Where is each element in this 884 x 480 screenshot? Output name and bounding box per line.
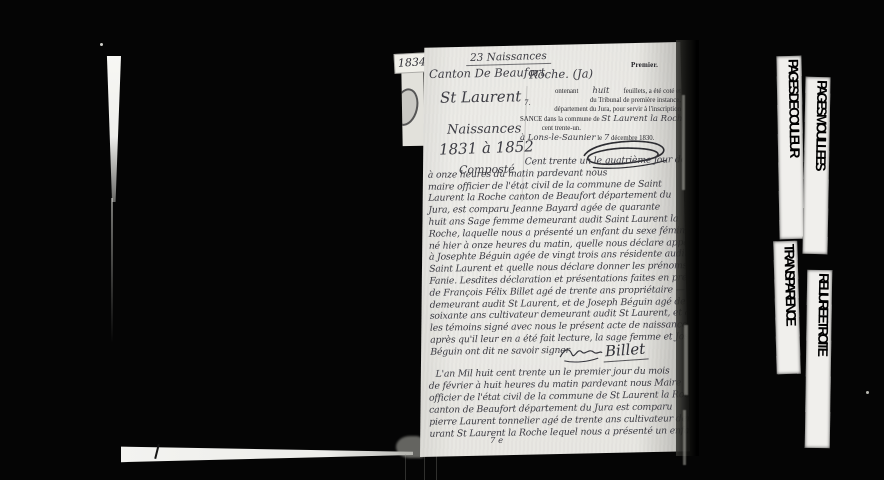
record-type: Naissances (447, 121, 522, 137)
film-scratch-top-left (105, 56, 121, 202)
label-pages-de-couleur: PAGES DE COULEUR (776, 56, 804, 239)
label-text: RELIURE ETROITE (815, 273, 832, 354)
label-text: TRANSPARENCE (781, 244, 799, 324)
label-reliure-etroite: RELIURE ETROITE (805, 270, 832, 448)
commune-title: St Laurent (440, 87, 522, 106)
film-speck (866, 391, 869, 394)
series-title: 23 Naissances (466, 50, 551, 66)
label-text: PAGES DE COULEUR (785, 59, 803, 156)
visa-text: ontenanthuitfeuillets, a été coté etdu T… (520, 86, 681, 143)
page-edge-strip (401, 70, 424, 146)
film-speck (100, 43, 103, 46)
canton-line: Canton De Beaufort (429, 65, 545, 81)
film-faint-line (436, 454, 437, 480)
birth-act-1-text: Cent trente un le quatrième jour deà onz… (428, 154, 685, 358)
signature-flourish (577, 134, 675, 175)
cover-sheet-edge (521, 86, 527, 202)
page-year-label: 1834 (398, 55, 427, 69)
document-page: 23 Naissances Canton De Beaufort Roche. … (420, 42, 690, 457)
microfilm-frame: 1834 23 Naissances Canton De Beaufort Ro… (0, 0, 884, 480)
film-blur-patch (396, 436, 424, 458)
film-tape-bottom-left (121, 443, 413, 463)
archive-stamp (401, 86, 422, 128)
witness-signature-scribble (558, 343, 605, 365)
canton-suffix: Roche. (Ja) (529, 66, 593, 81)
year-range: 1831 à 1852 (439, 137, 534, 158)
label-transparence: TRANSPARENCE (773, 241, 800, 375)
binding-gutter-shadow (676, 40, 699, 456)
birth-act-2-text: L'an Mil huit cent trente un le premier … (429, 365, 688, 441)
signature-billet: Billet (602, 339, 649, 362)
label-pages-mouillees: PAGES MOUILLEES (802, 77, 830, 254)
act-number: 7 e (490, 436, 503, 446)
film-faint-line (405, 454, 406, 480)
header-note: Composté (459, 163, 515, 177)
film-faint-line (424, 454, 425, 480)
folio-label: Premier. (631, 61, 658, 69)
marginal-annotation: 7. (524, 99, 531, 107)
film-scratch-line (111, 198, 113, 343)
label-text: PAGES MOUILLEES (813, 80, 831, 169)
